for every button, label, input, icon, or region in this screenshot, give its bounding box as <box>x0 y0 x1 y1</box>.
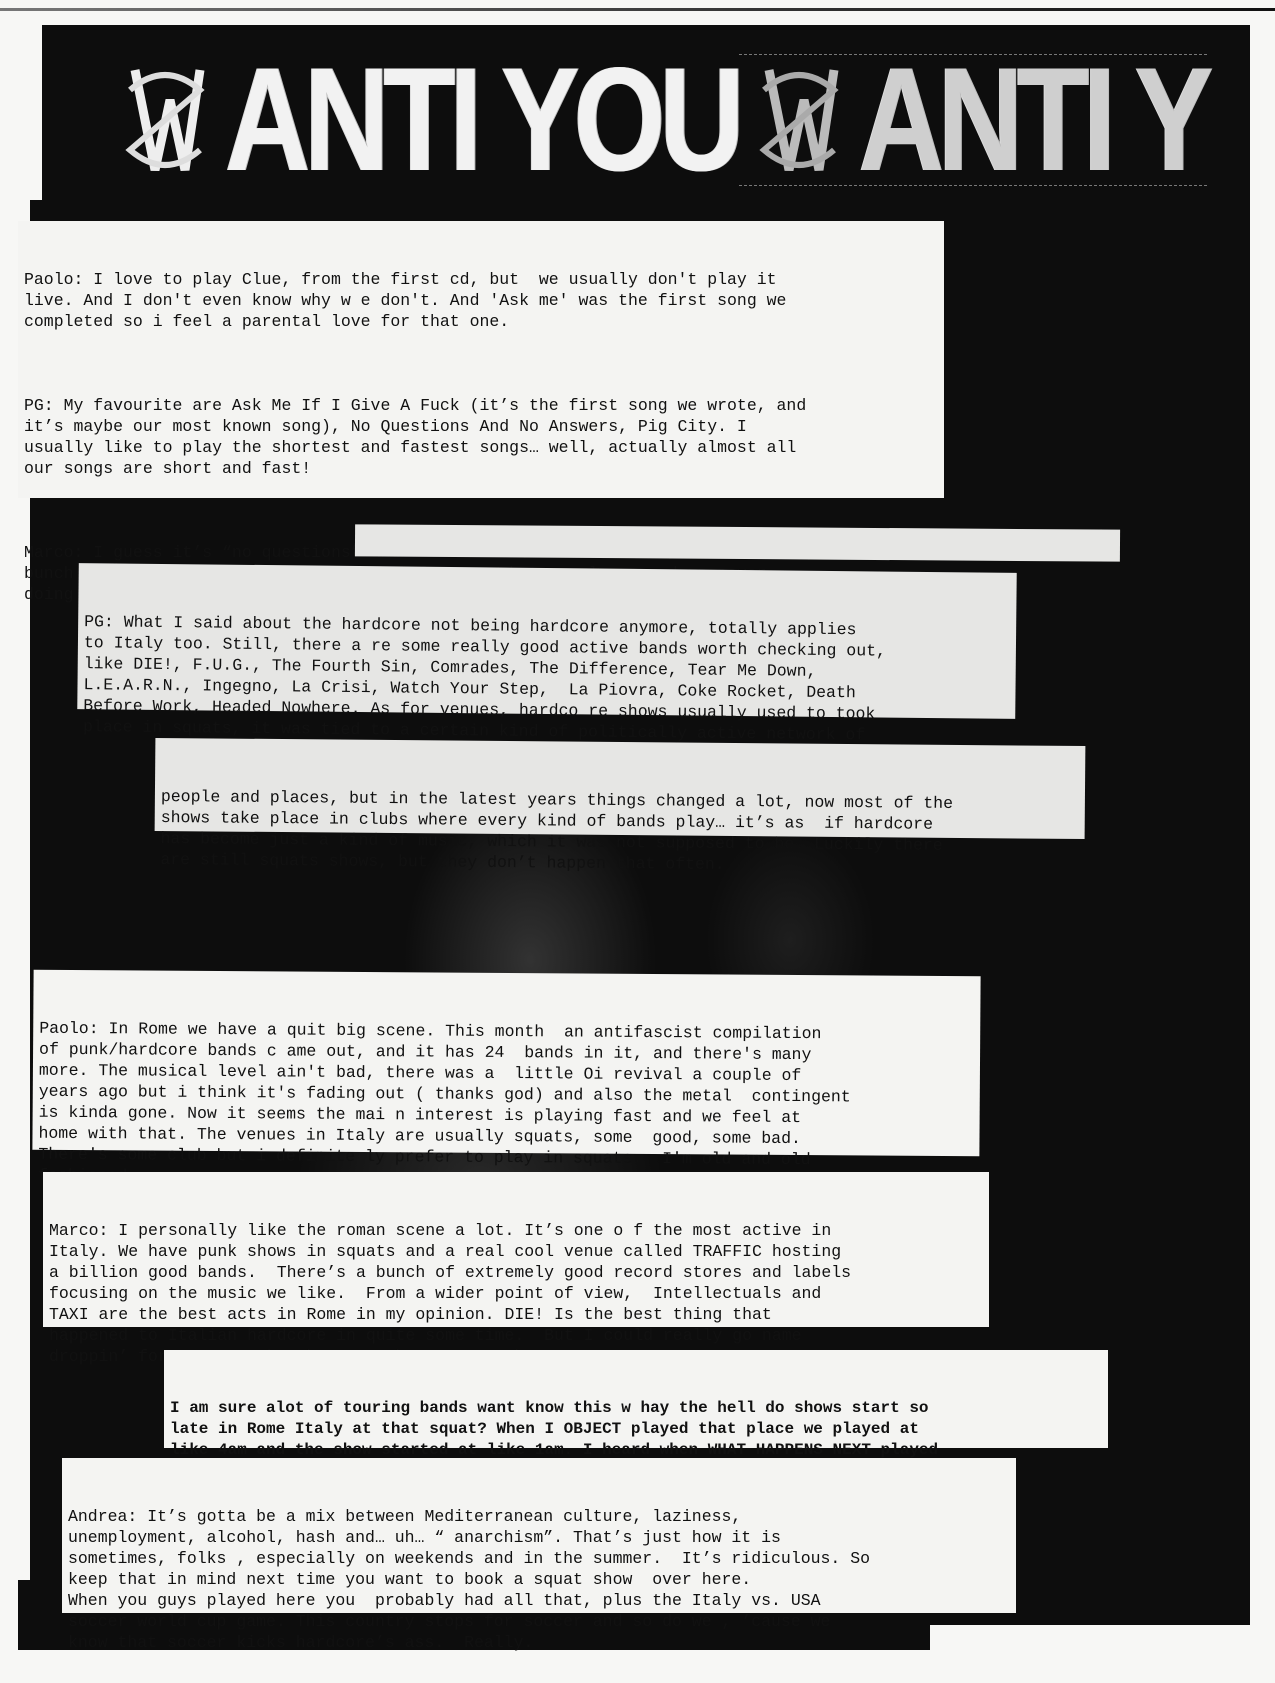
answer-paolo-songs: Paolo: I love to play Clue, from the fir… <box>24 269 936 332</box>
header-banner: ANTI YOU ANTI Y <box>105 50 1250 190</box>
answer-pg-scene-part1: PG: What I said about the hardcore not b… <box>83 611 1008 747</box>
clip-favourite-songs: Paolo: I love to play Clue, from the fir… <box>18 221 944 498</box>
clip-pg-scene-1: PG: What I said about the hardcore not b… <box>77 563 1016 719</box>
answer-andrea: Andrea: It’s gotta be a mix between Medi… <box>68 1506 1008 1653</box>
question-scene: Tell us about the scene in Italy bands/v… <box>355 524 1120 561</box>
anti-you-logo-icon <box>739 58 859 183</box>
answer-paolo-scene: Paolo: In Rome we have a quit big scene.… <box>38 1018 972 1193</box>
banner-title: ANTI YOU <box>225 46 739 194</box>
clip-andrea-answer: Andrea: It’s gotta be a mix between Medi… <box>62 1458 1016 1613</box>
question-late-shows: I am sure alot of touring bands want kno… <box>164 1350 1108 1448</box>
page-top-edge <box>0 8 1275 11</box>
anti-you-logo-icon <box>105 58 225 183</box>
clip-marco-scene: Marco: I personally like the roman scene… <box>43 1172 989 1327</box>
answer-pg-scene-part2: people and places, but in the latest yea… <box>160 786 1077 878</box>
clip-pg-scene-2: people and places, but in the latest yea… <box>155 738 1086 839</box>
answer-marco-scene: Marco: I personally like the roman scene… <box>49 1220 981 1367</box>
banner-title-repeat: ANTI Y <box>859 46 1208 194</box>
clip-paolo-scene: Paolo: In Rome we have a quit big scene.… <box>32 970 980 1157</box>
banner-repeat: ANTI Y <box>739 54 1208 186</box>
answer-pg-songs: PG: My favourite are Ask Me If I Give A … <box>24 395 936 479</box>
